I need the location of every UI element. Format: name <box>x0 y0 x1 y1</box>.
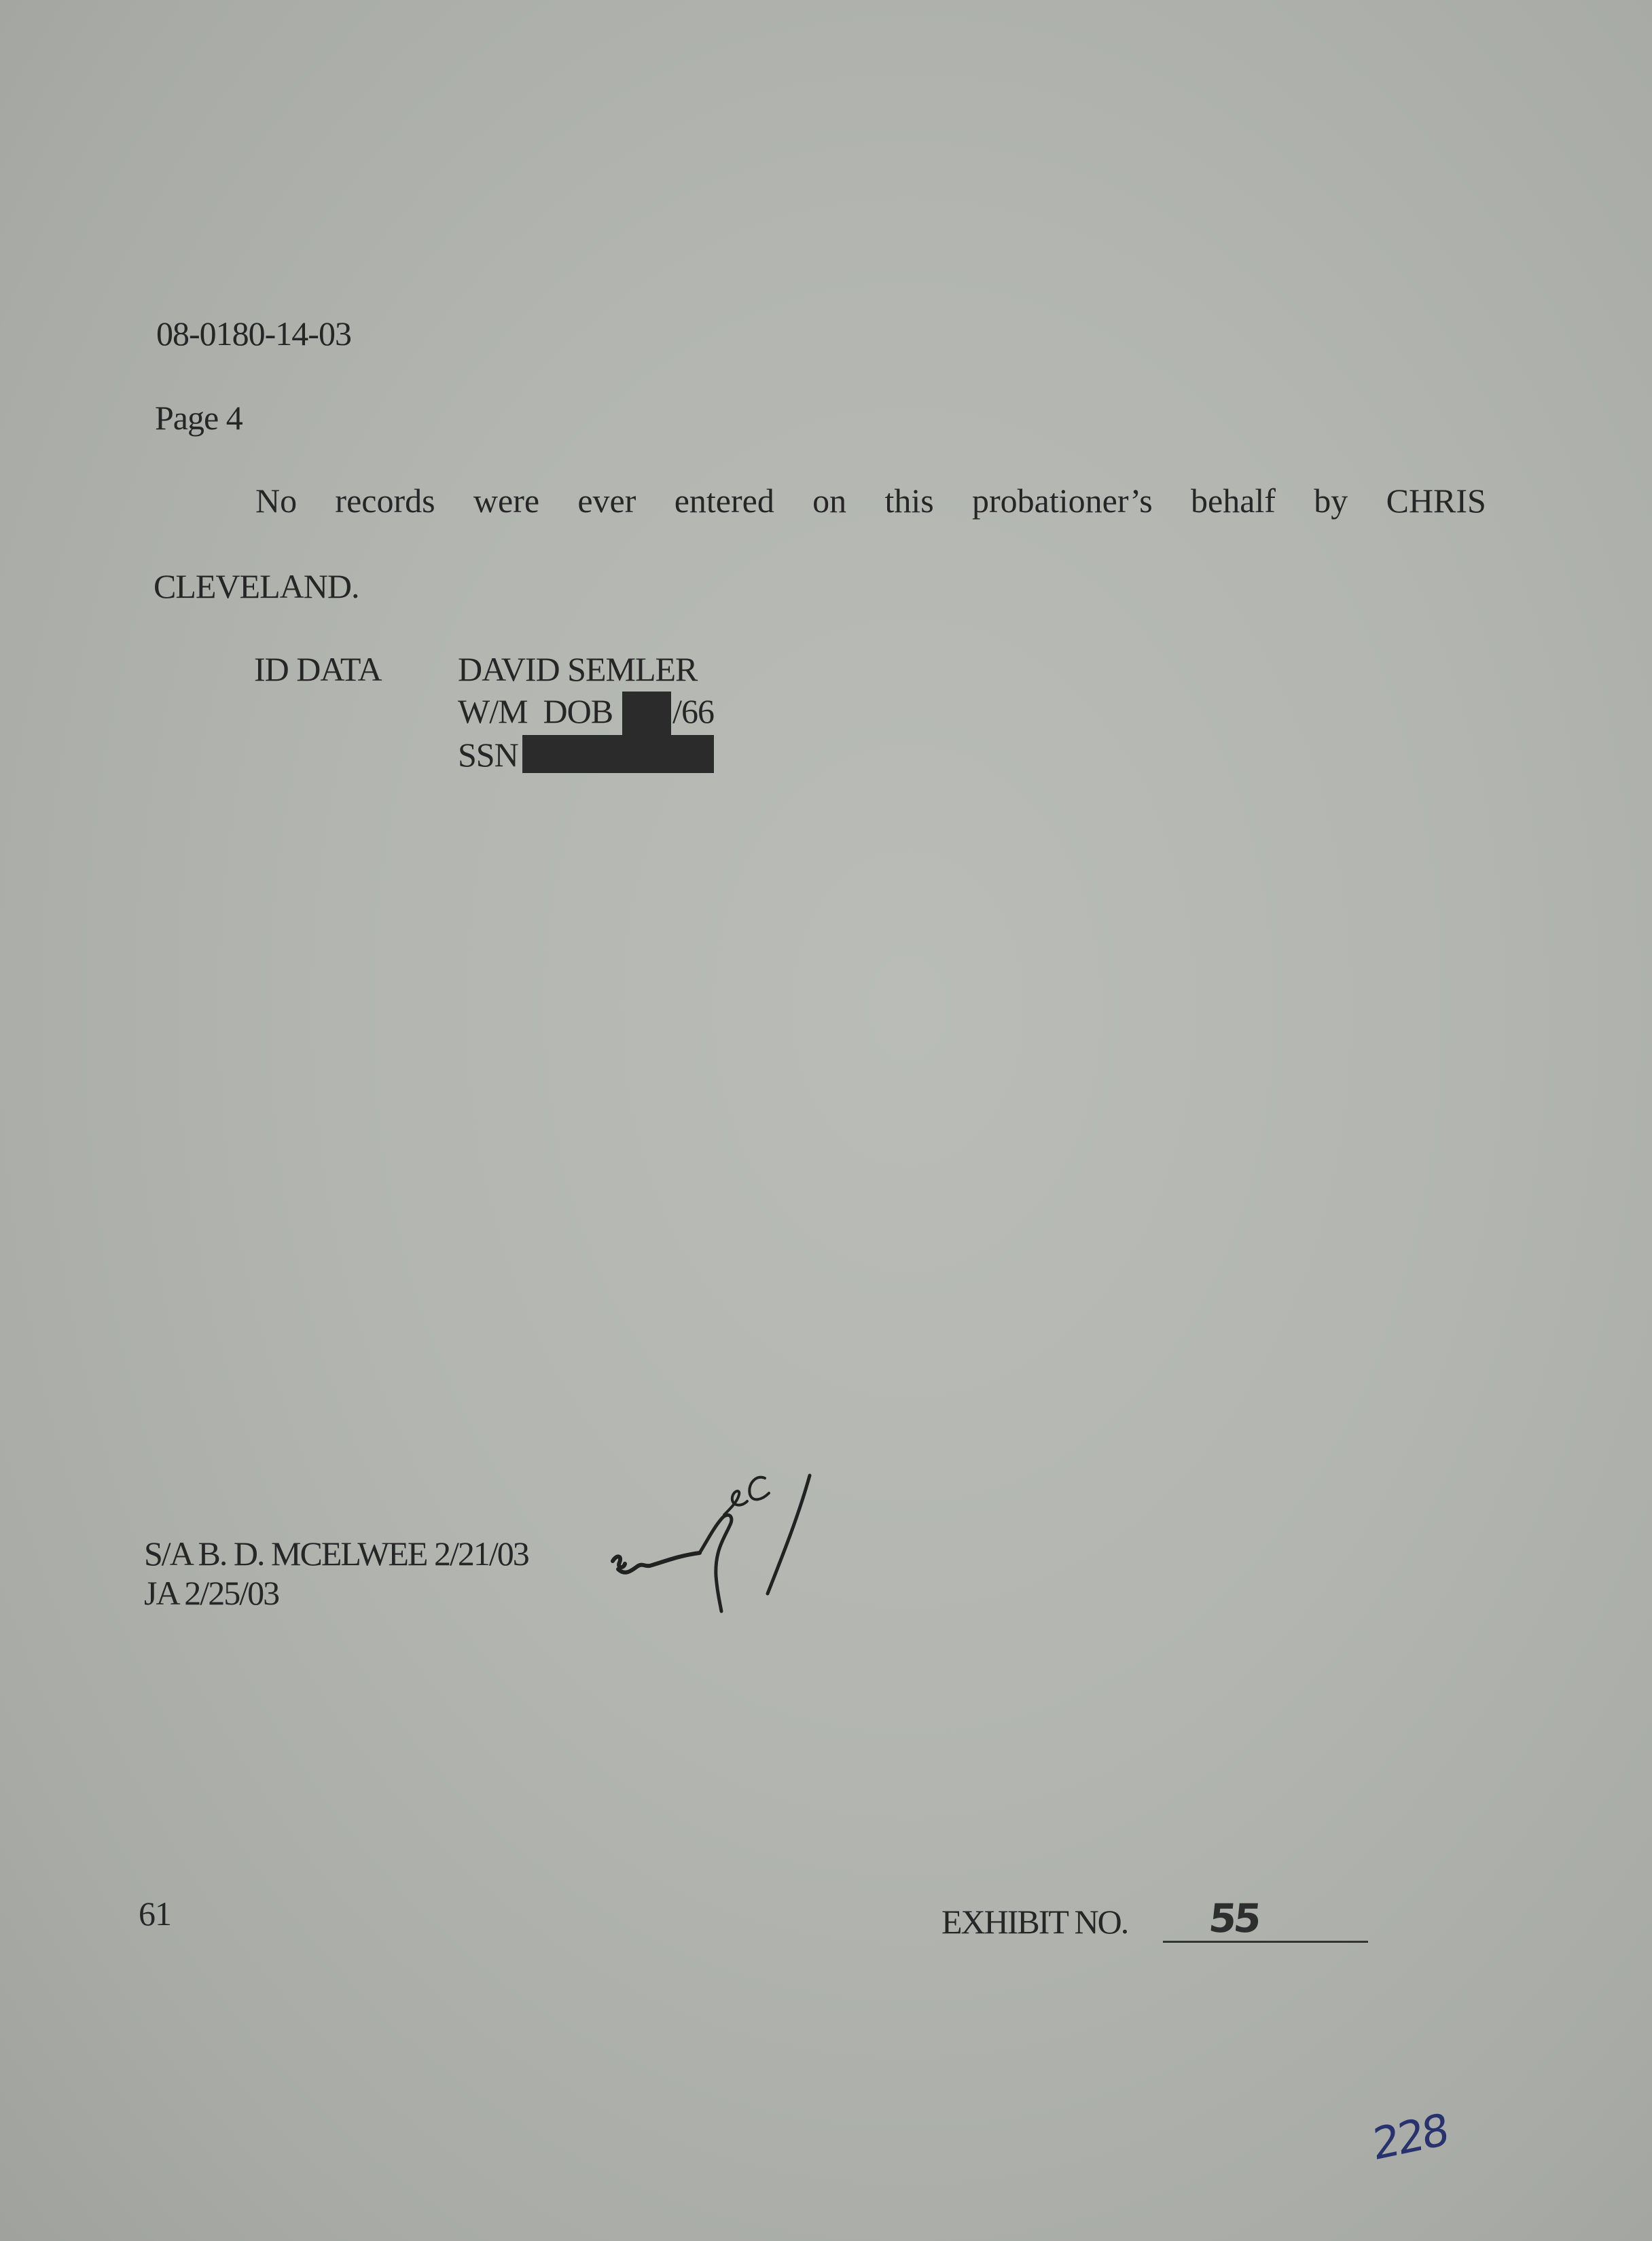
word: this <box>884 484 933 518</box>
body-paragraph-line-1: No records were ever entered on this pro… <box>255 484 1486 518</box>
file-number: 08-0180-14-03 <box>156 317 351 351</box>
word: behalf <box>1191 484 1276 518</box>
exhibit-underline <box>1163 1941 1368 1943</box>
exhibit-number-handwritten: 55 <box>1206 1895 1261 1941</box>
ssn-redaction-block <box>522 735 714 773</box>
exhibit-label: EXHIBIT NO. <box>941 1905 1128 1939</box>
ssn-label: SSN <box>458 736 518 774</box>
word: ever <box>577 484 636 518</box>
signer-line: S/A B. D. MCELWEE 2/21/03 <box>144 1537 528 1571</box>
id-data-name: DAVID SEMLER <box>458 652 697 686</box>
page-label: Page 4 <box>155 401 243 435</box>
body-paragraph-line-2: CLEVELAND. <box>154 569 359 603</box>
id-data-ssn: SSN <box>458 738 714 773</box>
word: records <box>335 484 435 518</box>
approval-line: JA 2/25/03 <box>144 1576 279 1610</box>
word: probationer’s <box>972 484 1153 518</box>
dob-suffix: /66 <box>672 692 714 730</box>
document-page: 08-0180-14-03 Page 4 No records were eve… <box>0 0 1652 2241</box>
id-data-label: ID DATA <box>254 652 382 686</box>
word: CHRIS <box>1386 484 1486 518</box>
dob-prefix: W/M DOB <box>458 692 613 730</box>
handwritten-signature <box>605 1460 829 1617</box>
handwritten-page-number: 228 <box>1371 2104 1448 2170</box>
word: on <box>812 484 846 518</box>
word: No <box>255 484 297 518</box>
word: by <box>1314 484 1348 518</box>
word: entered <box>675 484 774 518</box>
page-number: 61 <box>139 1897 171 1931</box>
word: were <box>473 484 539 518</box>
